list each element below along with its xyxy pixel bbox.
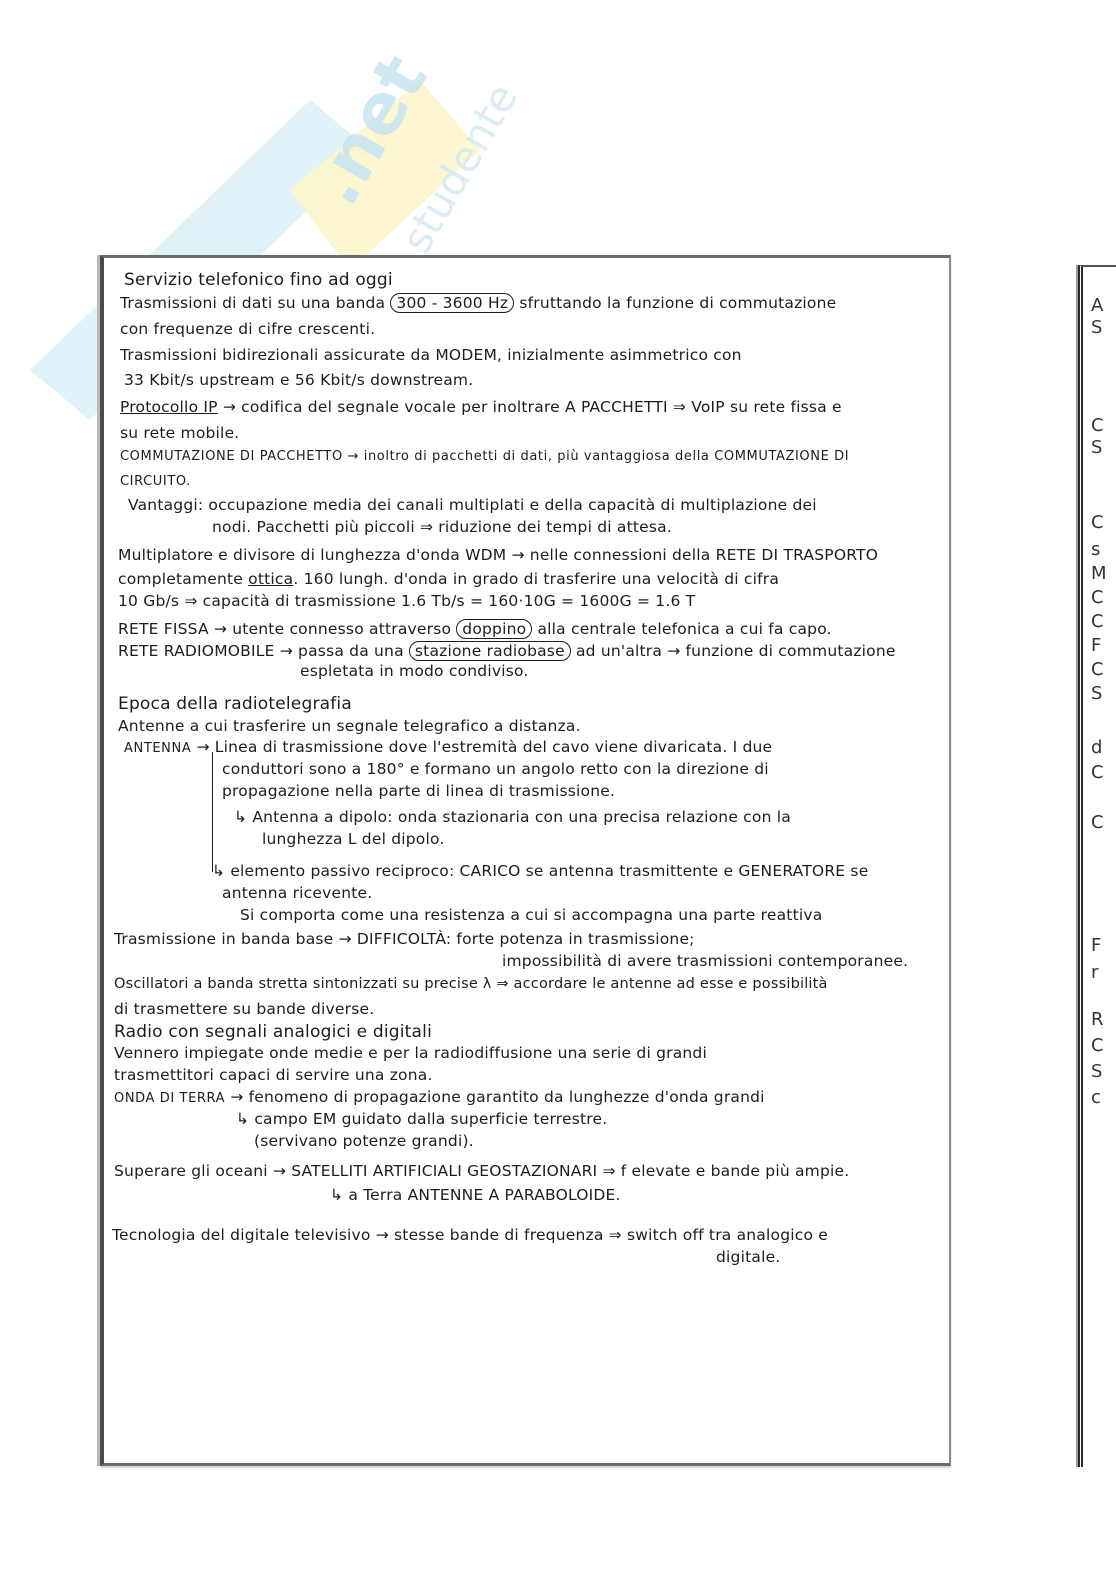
note-line: digitale. <box>716 1248 780 1266</box>
section-heading: Servizio telefonico fino ad oggi <box>124 270 393 290</box>
adjacent-glyph: S <box>1091 437 1102 458</box>
note-line: ↳ a Terra ANTENNE A PARABOLOIDE. <box>330 1186 621 1204</box>
note-line: ↳ campo EM guidato dalla superficie terr… <box>236 1110 607 1128</box>
note-line: ONDA DI TERRA → fenomeno di propagazione… <box>114 1088 765 1106</box>
section-heading: Epoca della radiotelegrafia <box>118 694 352 714</box>
note-line: (servivano potenze grandi). <box>254 1132 474 1150</box>
note-line: conduttori sono a 180° e formano un ango… <box>222 760 769 778</box>
note-line: con frequenze di cifre crescenti. <box>120 320 375 338</box>
note-text: . 160 lungh. d'onda in grado di trasferi… <box>293 570 779 588</box>
note-line: Oscillatori a banda stretta sintonizzati… <box>114 976 828 992</box>
adjacent-glyph: S <box>1091 317 1102 338</box>
note-text: sfruttando la funzione di commutazione <box>514 294 836 312</box>
adjacent-glyph: c <box>1091 1087 1101 1108</box>
adjacent-page-edge: A S C S C s M C C F C S d C C F r R C S … <box>1078 265 1116 1467</box>
note-line: su rete mobile. <box>120 424 239 442</box>
adjacent-glyph: R <box>1091 1009 1104 1030</box>
underlined-term: Protocollo IP <box>120 398 218 416</box>
note-text: alla centrale telefonica a cui fa capo. <box>532 620 831 638</box>
adjacent-glyph: F <box>1091 635 1101 656</box>
adjacent-glyph: M <box>1091 563 1107 584</box>
note-line: Protocollo IP → codifica del segnale voc… <box>120 398 842 416</box>
term-label: ANTENNA <box>124 741 191 756</box>
note-line: trasmettitori capaci di servire una zona… <box>114 1066 433 1084</box>
adjacent-glyph: r <box>1091 962 1098 983</box>
adjacent-glyph: C <box>1091 611 1104 632</box>
note-line: Tecnologia del digitale televisivo → ste… <box>112 1226 828 1244</box>
note-line: Trasmissioni bidirezionali assicurate da… <box>120 346 742 364</box>
note-line: COMMUTAZIONE DI PACCHETTO → inoltro di p… <box>120 449 849 464</box>
adjacent-glyph: C <box>1091 512 1104 533</box>
note-line: Si comporta come una resistenza a cui si… <box>240 906 822 924</box>
note-text: Trasmissione in banda base → DIFFICOLTÀ: <box>114 930 456 948</box>
note-text: Trasmissioni di dati su una banda <box>120 294 390 312</box>
adjacent-glyph: s <box>1091 539 1100 560</box>
note-text: completamente <box>118 570 248 588</box>
note-line: antenna ricevente. <box>222 884 372 902</box>
notes-page: Servizio telefonico fino ad oggi Trasmis… <box>100 255 951 1466</box>
note-text: → Linea di trasmissione dove l'estremità… <box>196 738 772 756</box>
note-line: di trasmettere su bande diverse. <box>114 1000 374 1018</box>
adjacent-glyph: C <box>1091 762 1104 783</box>
adjacent-glyph: C <box>1091 1035 1104 1056</box>
note-line: CIRCUITO. <box>120 474 191 489</box>
note-line: Multiplatore e divisore di lunghezza d'o… <box>118 546 878 564</box>
note-line: nodi. Pacchetti più piccoli ⇒ riduzione … <box>212 518 672 536</box>
adjacent-glyph: F <box>1091 935 1101 956</box>
term-label: ONDA DI TERRA <box>114 1091 225 1106</box>
note-text: → codifica del segnale vocale per inoltr… <box>218 398 842 416</box>
adjacent-glyph: d <box>1091 737 1102 758</box>
adjacent-glyph: S <box>1091 683 1102 704</box>
note-line: lunghezza L del dipolo. <box>262 830 445 848</box>
note-line: 33 Kbit/s upstream e 56 Kbit/s downstrea… <box>124 371 473 389</box>
adjacent-glyph: C <box>1091 659 1104 680</box>
svg-text:.net: .net <box>294 41 444 218</box>
note-line: RETE FISSA → utente connesso attraverso … <box>118 620 832 638</box>
note-line: Superare gli oceani → SATELLITI ARTIFICI… <box>114 1162 849 1180</box>
adjacent-glyph: S <box>1091 1061 1102 1082</box>
note-text: RETE FISSA → utente connesso attraverso <box>118 620 456 638</box>
note-text: ad un'altra → funzione di commutazione <box>571 642 896 660</box>
note-line: completamente ottica. 160 lungh. d'onda … <box>118 570 779 588</box>
adjacent-glyph: C <box>1091 587 1104 608</box>
note-line: espletata in modo condiviso. <box>300 662 529 680</box>
note-line: Trasmissioni di dati su una banda 300 - … <box>120 294 836 312</box>
underlined-term: ottica <box>248 570 293 588</box>
note-line: Vantaggi: occupazione media dei canali m… <box>128 496 817 514</box>
section-heading: Radio con segnali analogici e digitali <box>114 1022 432 1042</box>
note-line: RETE RADIOMOBILE → passa da una stazione… <box>118 642 896 660</box>
note-line: ↳ Antenna a dipolo: onda stazionaria con… <box>234 808 791 826</box>
circled-term: 300 - 3600 Hz <box>390 293 514 313</box>
bracket-line <box>212 752 213 872</box>
note-line: Trasmissione in banda base → DIFFICOLTÀ:… <box>114 930 695 948</box>
note-line: ↳ elemento passivo reciproco: CARICO se … <box>212 862 868 880</box>
note-line: impossibilità di avere trasmissioni cont… <box>502 952 908 970</box>
note-line: Vennero impiegate onde medie e per la ra… <box>114 1044 707 1062</box>
circled-term: stazione radiobase <box>409 641 571 661</box>
note-line: propagazione nella parte di linea di tra… <box>222 782 615 800</box>
note-line: Antenne a cui trasferire un segnale tele… <box>118 717 581 735</box>
note-text: forte potenza in trasmissione; <box>456 930 694 948</box>
adjacent-glyph: A <box>1091 295 1103 316</box>
adjacent-glyph: C <box>1091 415 1104 436</box>
circled-term: doppino <box>456 619 532 639</box>
note-text: → fenomeno di propagazione garantito da … <box>230 1088 764 1106</box>
note-line: 10 Gb/s ⇒ capacità di trasmissione 1.6 T… <box>118 592 695 610</box>
note-line: ANTENNA → Linea di trasmissione dove l'e… <box>124 738 772 756</box>
adjacent-glyph: C <box>1091 812 1104 833</box>
note-text: RETE RADIOMOBILE → passa da una <box>118 642 409 660</box>
